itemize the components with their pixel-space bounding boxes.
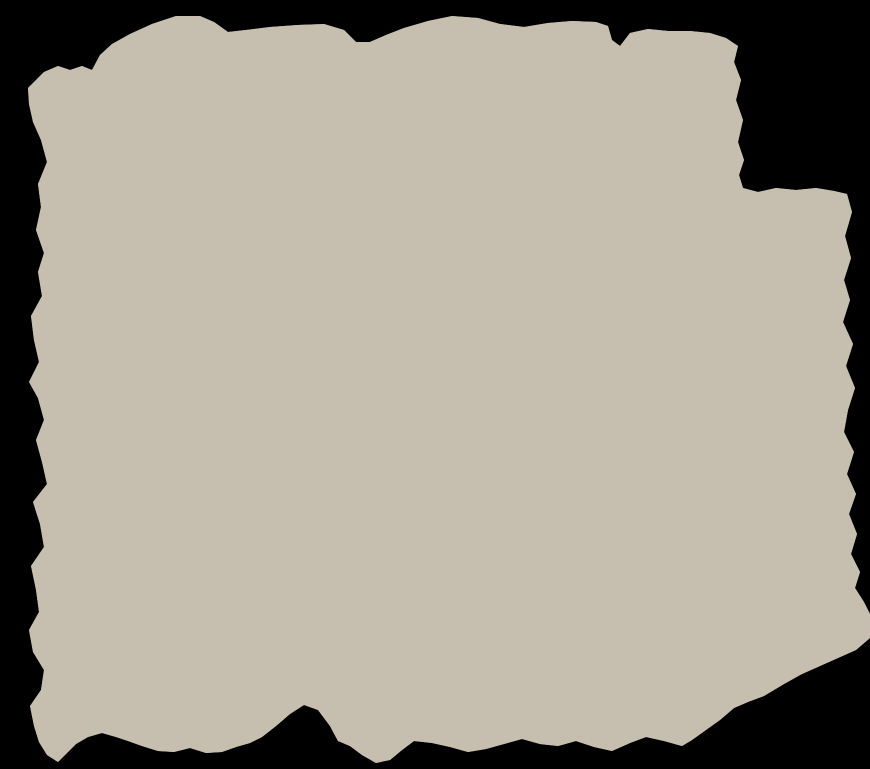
manuscript-photo: Photograph of a torn rectangular paper m… <box>0 0 870 769</box>
manuscript-fragment-image: 682009 <box>0 0 870 769</box>
